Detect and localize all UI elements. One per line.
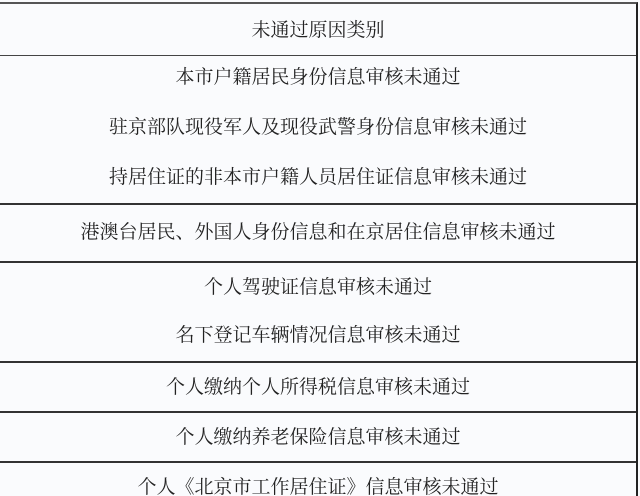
reason-beijing-work-residence-permit: 个人《北京市工作居住证》信息审核未通过 (0, 475, 636, 496)
table-row-pension: 个人缴纳养老保险信息审核未通过 (0, 413, 636, 463)
table-row-identity: 本市户籍居民身份信息审核未通过 驻京部队现役军人及现役武警身份信息审核未通过 持… (0, 56, 636, 205)
reason-registered-vehicle: 名下登记车辆情况信息审核未通过 (0, 323, 636, 347)
table-row-vehicle: 个人驾驶证信息审核未通过 名下登记车辆情况信息审核未通过 (0, 263, 636, 363)
reason-residence-permit: 持居住证的非本市户籍人员居住证信息审核未通过 (0, 165, 636, 189)
table-row-income-tax: 个人缴纳个人所得税信息审核未通过 (0, 363, 636, 413)
column-header: 未通过原因类别 (0, 18, 636, 42)
reason-income-tax: 个人缴纳个人所得税信息审核未通过 (0, 375, 636, 399)
rejection-reasons-table: 未通过原因类别 本市户籍居民身份信息审核未通过 驻京部队现役军人及现役武警身份信… (0, 2, 638, 496)
reason-beijing-hukou-identity: 本市户籍居民身份信息审核未通过 (0, 65, 636, 89)
reason-hmt-foreigner-identity: 港澳台居民、外国人身份信息和在京居住信息审核未通过 (0, 220, 636, 244)
reason-military-identity: 驻京部队现役军人及现役武警身份信息审核未通过 (0, 115, 636, 139)
table-header-row: 未通过原因类别 (0, 4, 636, 56)
reason-driving-license: 个人驾驶证信息审核未通过 (0, 275, 636, 299)
table-row-hmt-foreign: 港澳台居民、外国人身份信息和在京居住信息审核未通过 (0, 205, 636, 263)
table-row-work-permit: 个人《北京市工作居住证》信息审核未通过 (0, 463, 636, 496)
reason-pension-insurance: 个人缴纳养老保险信息审核未通过 (0, 425, 636, 449)
